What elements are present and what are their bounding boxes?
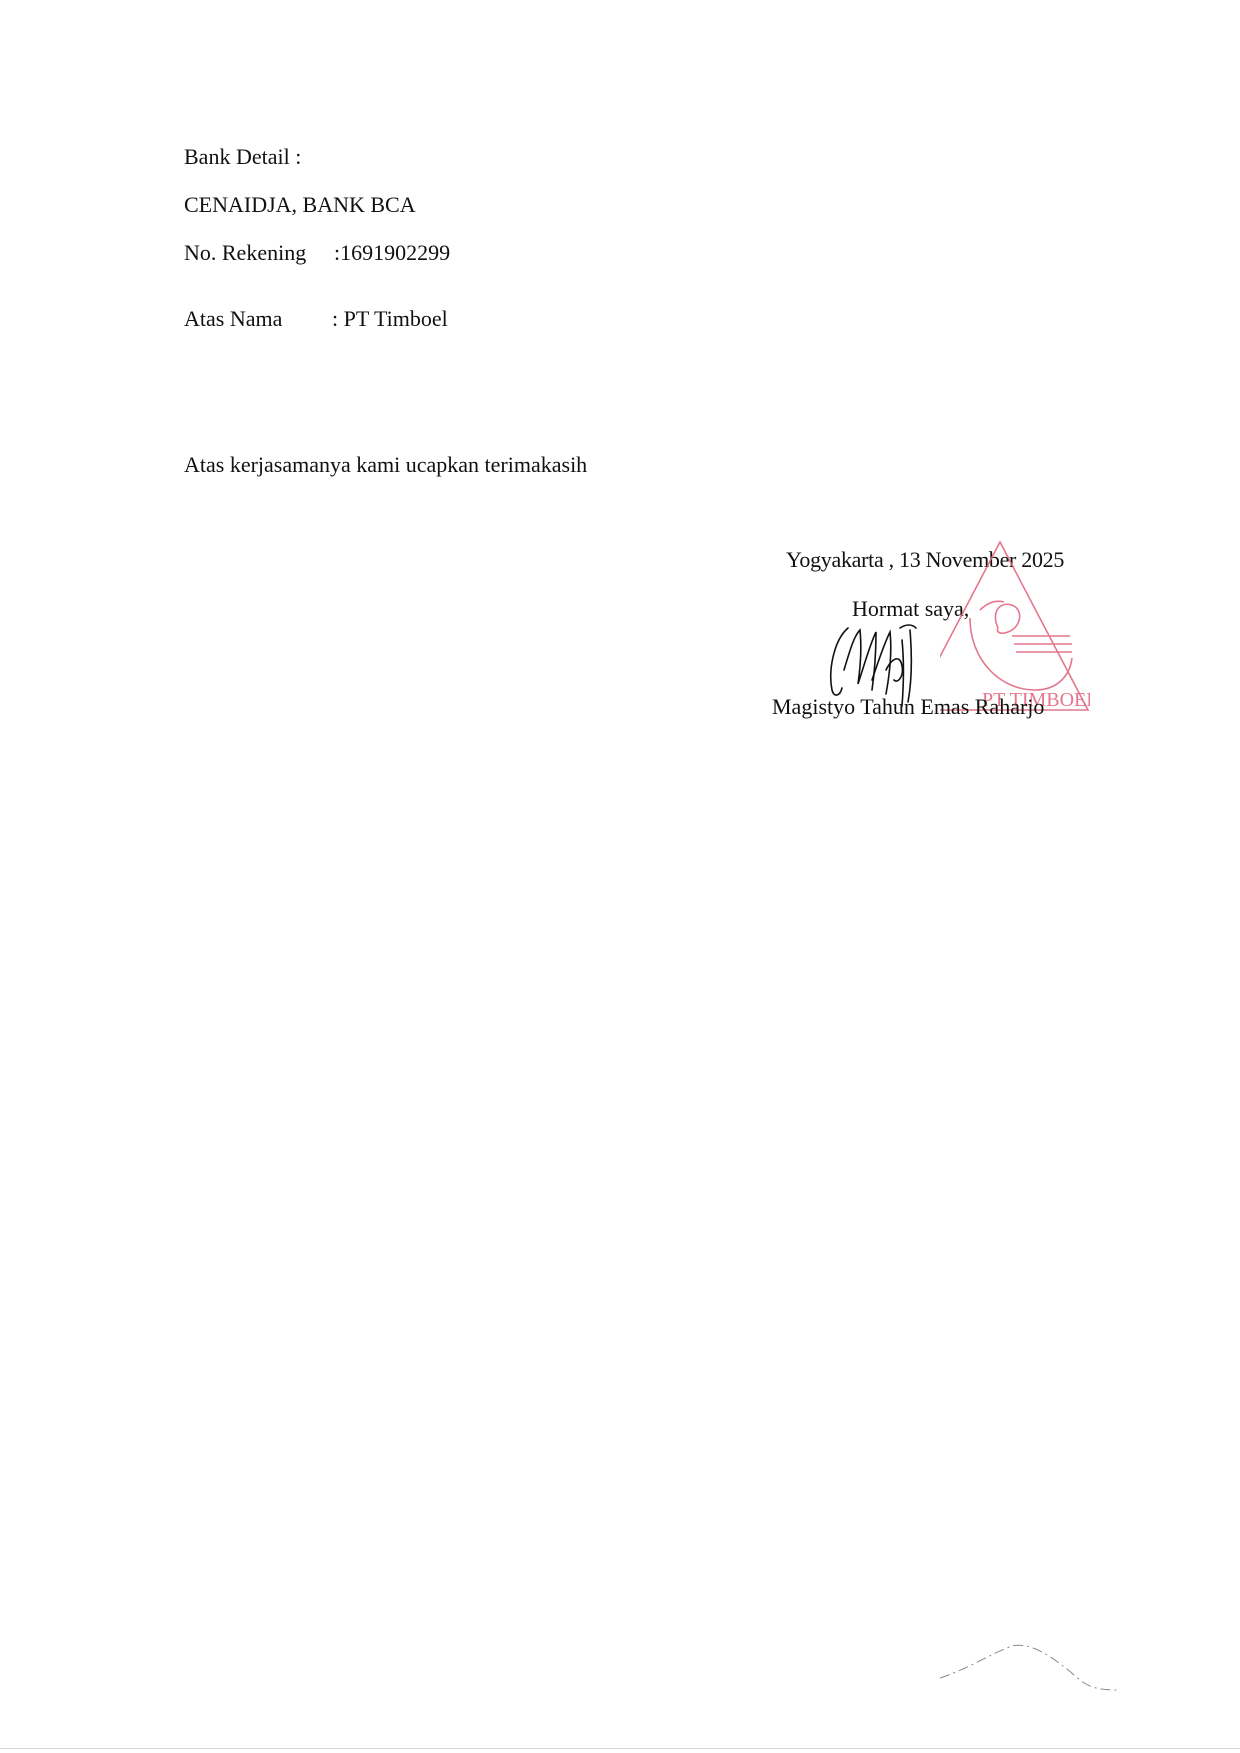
closing-message: Atas kerjasamanya kami ucapkan terimakas… [184,454,587,476]
company-stamp-icon: PT TIMBOEL [940,540,1090,720]
signatory-name: Magistyo Tahun Emas Raharjo [772,694,1044,720]
account-number-label: No. Rekening [184,242,334,264]
bank-detail-heading: Bank Detail : [184,146,301,168]
document-page: Bank Detail : CENAIDJA, BANK BCA No. Rek… [0,0,1240,1753]
account-holder-label: Atas Nama [184,308,332,330]
scan-artifact-icon [940,1640,1120,1710]
account-holder-row: Atas Nama: PT Timboel [184,308,448,330]
account-number-row: No. Rekening:1691902299 [184,242,450,264]
account-number-value: :1691902299 [334,240,450,265]
page-bottom-edge [0,1748,1240,1749]
signature-block: PT TIMBOEL Yogyakarta , 13 November 2025… [770,540,1100,720]
bank-name: CENAIDJA, BANK BCA [184,194,416,216]
account-holder-value: : PT Timboel [332,306,448,331]
